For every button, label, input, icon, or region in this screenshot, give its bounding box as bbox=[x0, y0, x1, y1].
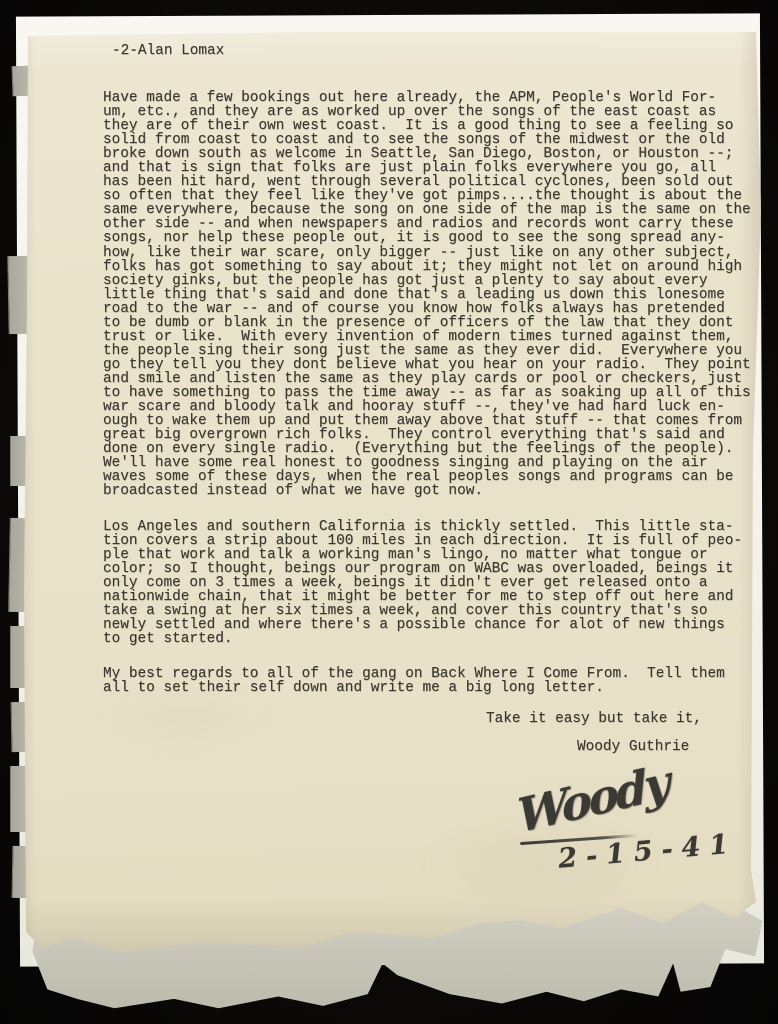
page-header: -2-Alan Lomax bbox=[112, 44, 224, 58]
handwritten-date: 2-15-41 bbox=[557, 828, 738, 875]
paragraph-2: Los Angeles and southern California is t… bbox=[103, 520, 742, 646]
closing-line: Take it easy but take it, bbox=[486, 712, 702, 726]
scanned-letter-page: -2-Alan Lomax Have made a few bookings o… bbox=[0, 0, 778, 1024]
handwritten-signature: Woody bbox=[516, 755, 670, 844]
paragraph-1: Have made a few bookings out here alread… bbox=[103, 91, 751, 498]
paragraph-3: My best regards to all of the gang on Ba… bbox=[103, 667, 725, 695]
typed-signature: Woody Guthrie bbox=[577, 740, 689, 754]
letter-content: -2-Alan Lomax Have made a few bookings o… bbox=[0, 0, 778, 1024]
